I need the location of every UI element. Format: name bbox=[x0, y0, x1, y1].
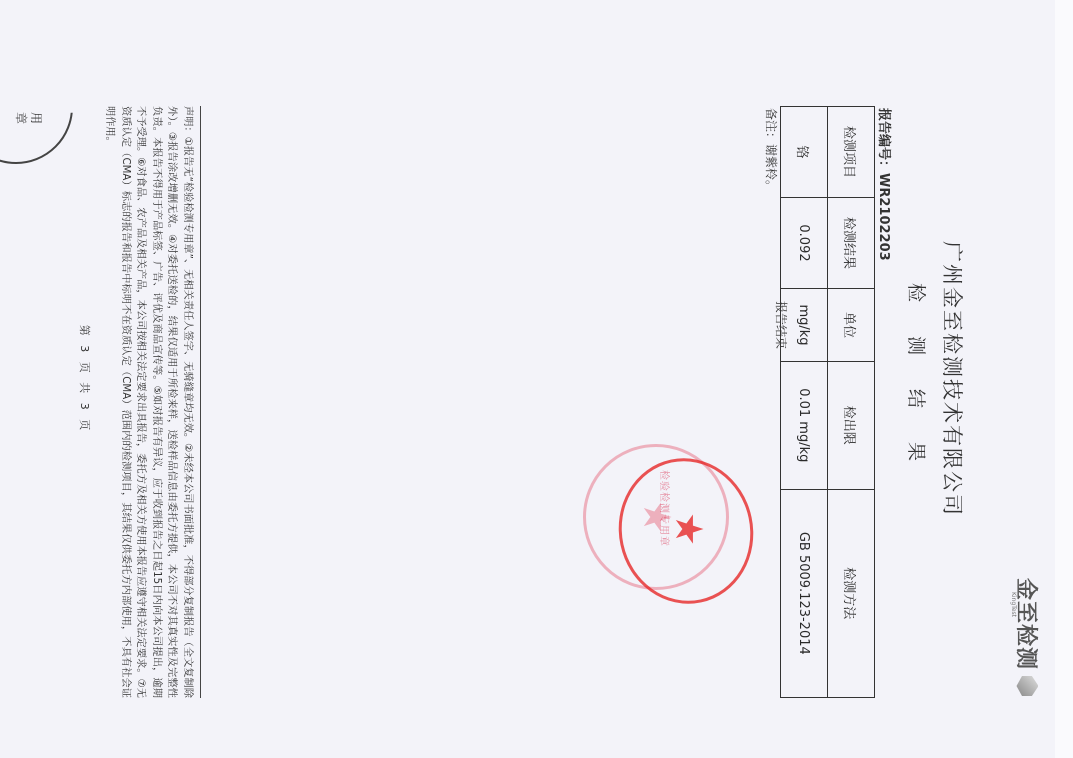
company-name: 广州金至检测技术有限公司 bbox=[938, 0, 968, 758]
logo-diamond-icon bbox=[1017, 676, 1039, 696]
table-row: 铬 0.092 mg/kg 0.01 mg/kg GB 5009.123-201… bbox=[781, 107, 828, 698]
remark: 备注：谢紫柃。 bbox=[763, 108, 780, 192]
header-item: 检测项目 bbox=[828, 107, 875, 198]
page-number: 第 3 页 共 3 页 bbox=[77, 0, 93, 758]
seal-text: 检验检测专用章 bbox=[658, 470, 673, 547]
disclaimer-notice: 声明：①报告无“检验检测专用章”、无相关责任人签字、无骑缝章均无效。②未经本公司… bbox=[102, 106, 201, 698]
results-table: 检测项目 检测结果 单位 检出限 检测方法 铬 0.092 mg/kg 0.01… bbox=[780, 106, 875, 698]
header-result: 检测结果 bbox=[828, 198, 875, 289]
document-title: 检 测 结 果 bbox=[904, 0, 931, 758]
cell-method: GB 5009.123-2014 bbox=[781, 489, 828, 697]
company-logo: 金至检测 KingTest bbox=[1012, 578, 1043, 696]
page-edge bbox=[1055, 0, 1073, 758]
report-number-value: WR2102203 bbox=[876, 173, 891, 261]
report-number: 报告编号：WR2102203 bbox=[876, 108, 895, 261]
header-limit: 检出限 bbox=[828, 361, 875, 489]
header-method: 检测方法 bbox=[828, 489, 875, 697]
report-end-mark: ---报告结束--- bbox=[773, 250, 790, 400]
header-unit: 单位 bbox=[828, 289, 875, 362]
table-header-row: 检测项目 检测结果 单位 检出限 检测方法 bbox=[828, 107, 875, 698]
report-number-label: 报告编号： bbox=[876, 108, 891, 173]
seal-star-icon: ★ bbox=[667, 512, 711, 546]
document-page: 金至检测 KingTest 广州金至检测技术有限公司 检 测 结 果 报告编号：… bbox=[0, 0, 1073, 758]
logo-subtext: KingTest bbox=[1010, 592, 1017, 617]
cell-item: 铬 bbox=[781, 107, 828, 198]
partial-seal-text: 用章 bbox=[13, 112, 43, 132]
partial-seal-stamp bbox=[0, 50, 73, 164]
